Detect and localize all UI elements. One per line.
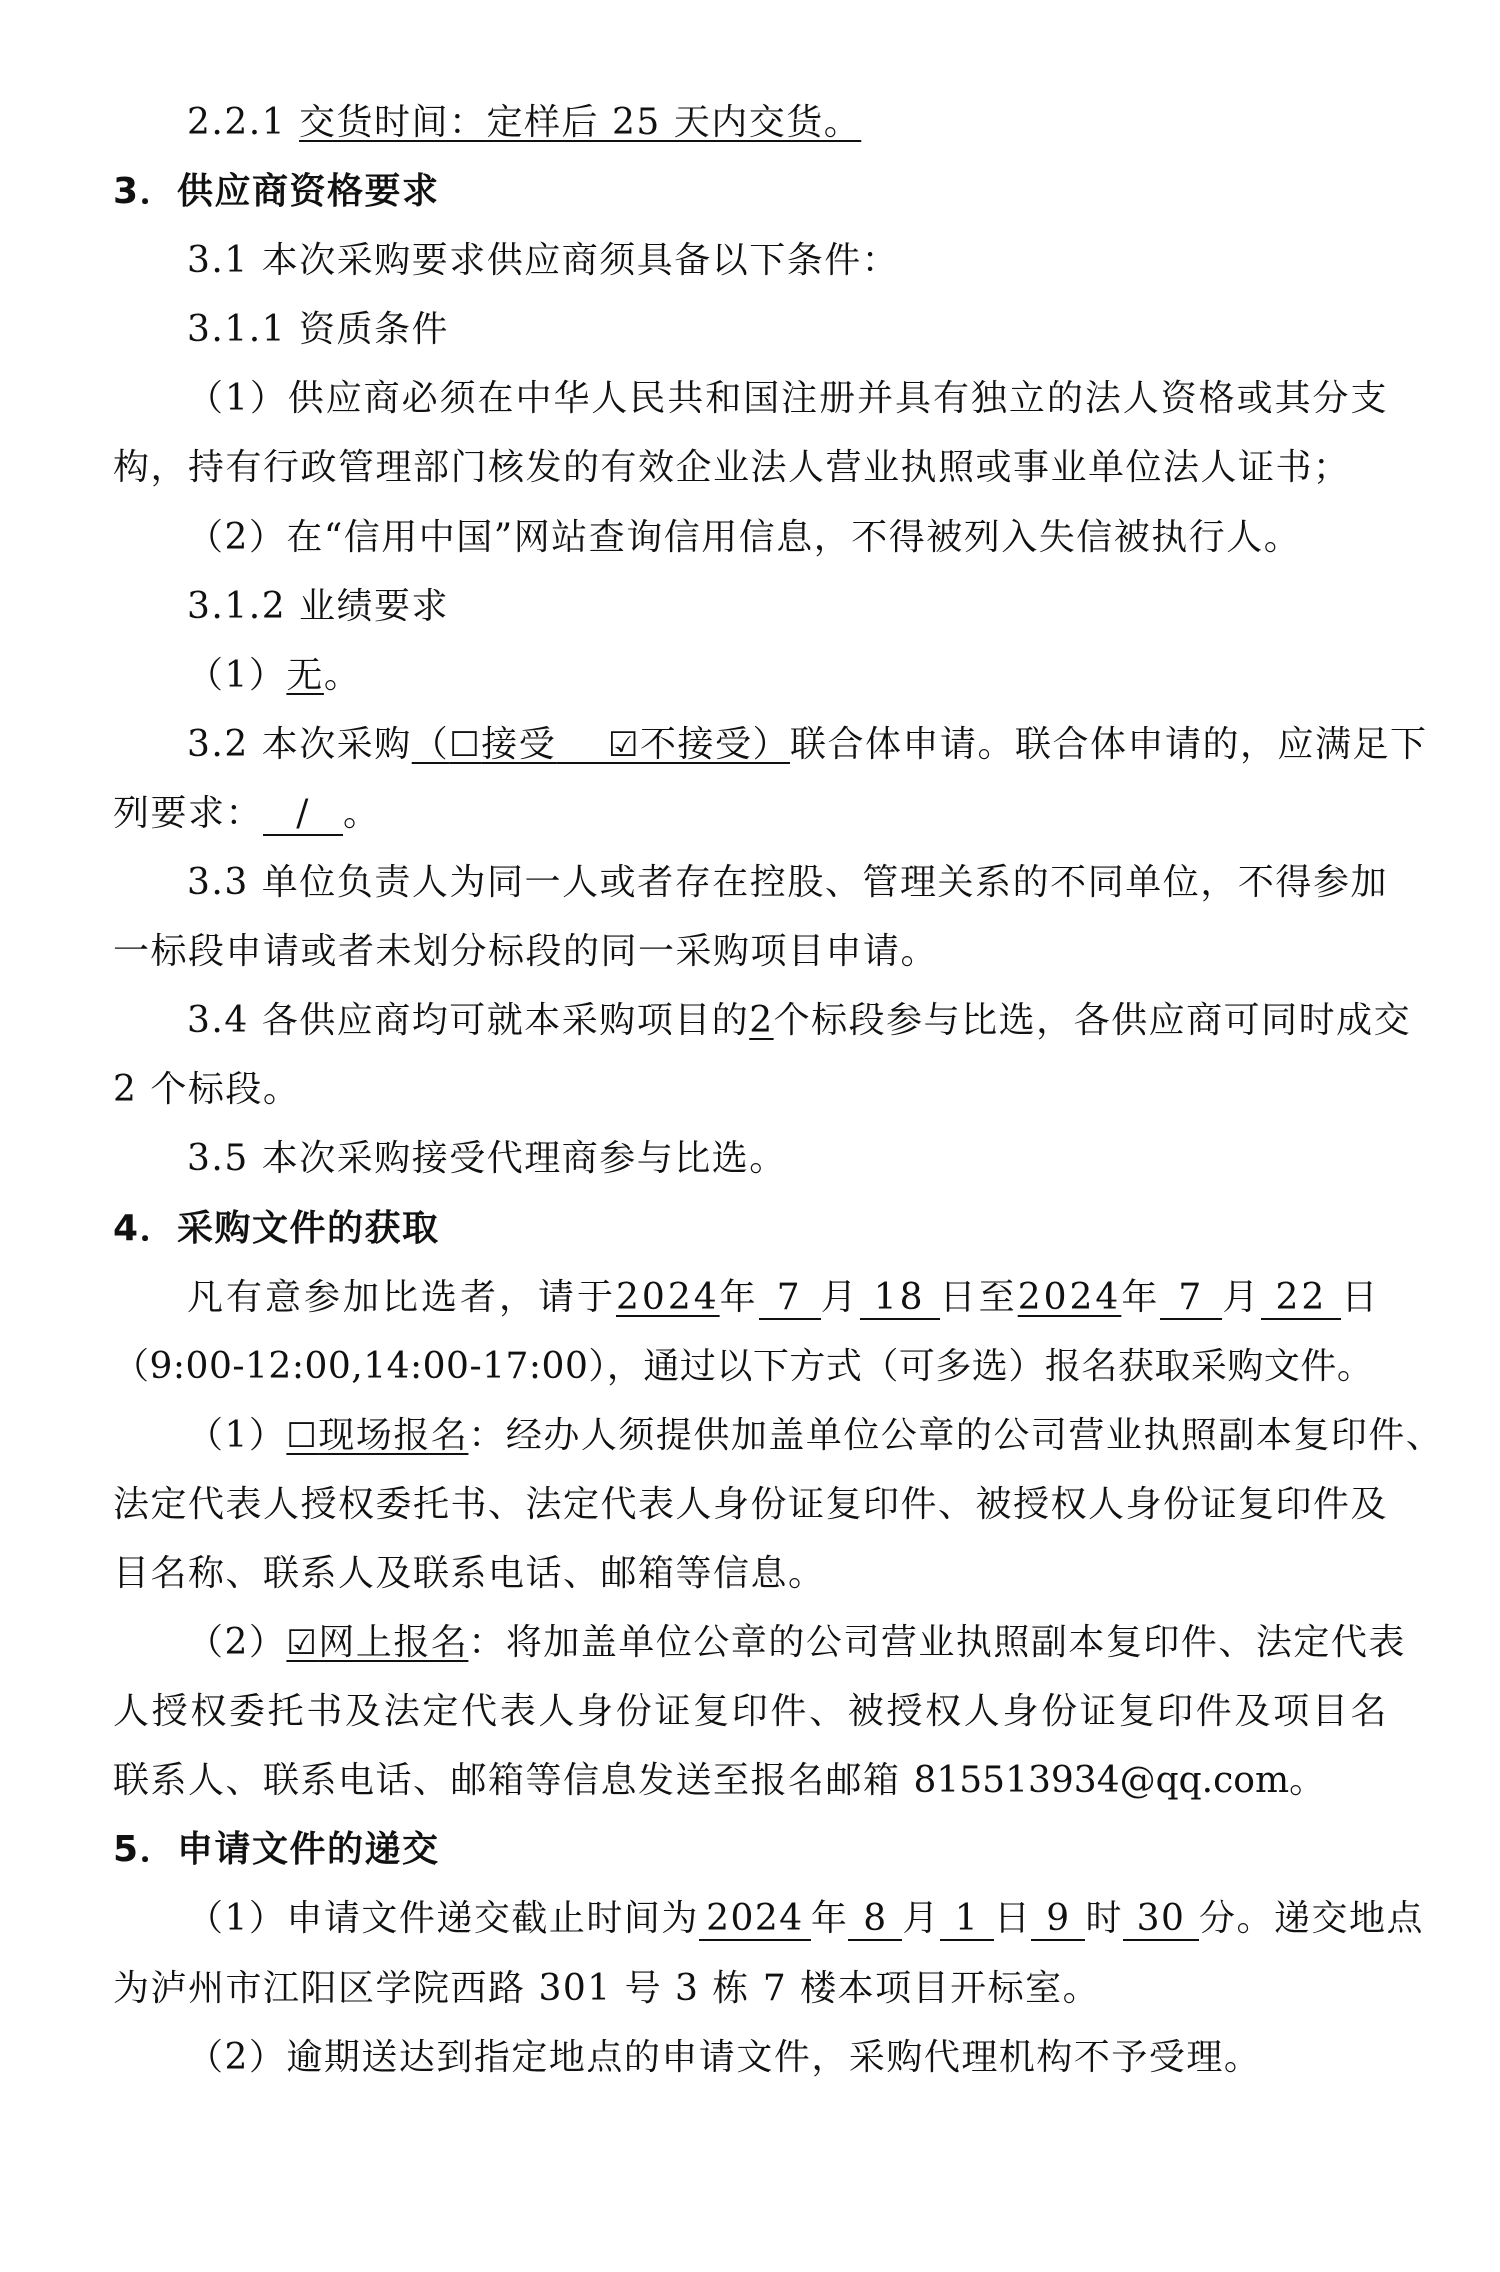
end-day: 22	[1261, 1278, 1341, 1320]
deadline-year: 2024	[699, 1899, 811, 1941]
period: 。	[1289, 1760, 1327, 1801]
clause-3-5: 3.5 本次采购接受代理商参与比选。	[113, 1124, 1388, 1193]
consortium-requirements-value: /	[263, 794, 343, 836]
option-accept-label: 接受	[481, 724, 556, 765]
year-unit: 年	[811, 1898, 849, 1939]
clause-3-1-1-item1-line1: （1）供应商必须在中华人民共和国注册并具有独立的法人资格或其分支机	[113, 364, 1388, 433]
delivery-time-text: 交货时间：定样后 25 天内交货。	[299, 102, 861, 143]
registration-period-line1: 凡有意参加比选者，请于2024年7月18日至2024年7月22日	[113, 1263, 1388, 1332]
online-registration-text: 联系人、联系电话、邮箱等信息发送至报名邮箱	[113, 1760, 913, 1801]
requirements-label: 列要求：	[113, 793, 263, 834]
item-prefix: （1）	[187, 655, 286, 696]
hour-unit: 时	[1085, 1898, 1123, 1939]
clause-3-2-line2: 列要求：/。	[113, 779, 1388, 848]
registration-email[interactable]: 815513934@qq.com	[913, 1760, 1289, 1801]
deadline-day: 1	[940, 1899, 994, 1941]
online-registration-option: ☑网上报名	[286, 1622, 468, 1663]
document-page: 2.2.1 交货时间：定样后 25 天内交货。 3．供应商资格要求 3.1 本次…	[113, 88, 1388, 2092]
onsite-registration-text: ：经办人须提供加盖单位公章的公司营业执照副本复印件、	[468, 1415, 1443, 1456]
clause-3-1-1: 3.1.1 资质条件	[113, 295, 1388, 364]
lot-count: 2	[749, 1000, 773, 1041]
checkbox-checked-icon[interactable]: ☑	[608, 725, 640, 765]
clause-3-2-line1: 3.2 本次采购（☐接受 ☑不接受）联合体申请。联合体申请的，应满足下	[113, 710, 1388, 779]
checkbox-unchecked-icon[interactable]: ☐	[449, 725, 481, 765]
performance-requirement-value: 无	[286, 655, 324, 696]
date-to: 日至	[940, 1277, 1018, 1318]
registration-intro: 凡有意参加比选者，请于	[187, 1277, 616, 1318]
late-submission-notice: （2）逾期送达到指定地点的申请文件，采购代理机构不予受理。	[113, 2023, 1388, 2092]
day-unit: 日	[994, 1898, 1032, 1939]
minute-unit: 分。递交地点	[1199, 1898, 1424, 1939]
clause-3-1: 3.1 本次采购要求供应商须具备以下条件：	[113, 226, 1388, 295]
clause-3-3-line1: 3.3 单位负责人为同一人或者存在控股、管理关系的不同单位，不得参加同	[113, 848, 1388, 917]
deadline-month: 8	[848, 1899, 902, 1941]
submission-location: 为泸州市江阳区学院西路 301 号 3 栋 7 楼本项目开标室。	[113, 1954, 1388, 2023]
option-reject-label: 不接受）	[640, 724, 790, 765]
clause-3-1-1-item2: （2）在“信用中国”网站查询信用信息，不得被列入失信被执行人。	[113, 503, 1388, 572]
clause-3-4-line2: 2 个标段。	[113, 1055, 1388, 1124]
consortium-options: （☐接受 ☑不接受）	[412, 724, 790, 765]
clause-3-2-prefix: 3.2 本次采购	[187, 724, 412, 765]
online-registration-line3: 联系人、联系电话、邮箱等信息发送至报名邮箱 815513934@qq.com。	[113, 1746, 1388, 1815]
section-3-heading: 3．供应商资格要求	[113, 157, 1388, 226]
deadline-minute: 30	[1123, 1899, 1199, 1941]
start-day: 18	[860, 1278, 940, 1320]
checkbox-checked-icon[interactable]: ☑	[286, 1623, 318, 1663]
clause-3-1-1-item1-line2: 构，持有行政管理部门核发的有效企业法人营业执照或事业单位法人证书；	[113, 433, 1388, 502]
start-year: 2024	[616, 1277, 720, 1318]
online-registration-label: 网上报名	[318, 1622, 468, 1663]
clause-3-4-suffix: 个标段参与比选，各供应商可同时成交	[774, 1000, 1412, 1041]
clause-3-4-prefix: 3.4 各供应商均可就本采购项目的	[187, 1000, 749, 1041]
month-unit: 月	[821, 1277, 860, 1318]
item-prefix: （2）	[187, 1622, 286, 1663]
deadline-hour: 9	[1031, 1899, 1085, 1941]
delivery-time-line: 2.2.1 交货时间：定样后 25 天内交货。	[113, 88, 1388, 157]
period: 。	[343, 793, 381, 834]
submission-deadline-intro: （1）申请文件递交截止时间为	[187, 1898, 699, 1939]
online-registration-line2: 人授权委托书及法定代表人身份证复印件、被授权人身份证复印件及项目名称、	[113, 1677, 1388, 1746]
checkbox-unchecked-icon[interactable]: ☐	[286, 1416, 318, 1456]
clause-3-1-2-item1: （1）无。	[113, 641, 1388, 710]
day-unit: 日	[1341, 1277, 1380, 1318]
submission-deadline-line1: （1）申请文件递交截止时间为2024年8月1日9时30分。递交地点	[113, 1884, 1388, 1953]
section-5-heading: 5．申请文件的递交	[113, 1815, 1388, 1884]
registration-period-line2: （9:00-12:00,14:00-17:00），通过以下方式（可多选）报名获取…	[113, 1332, 1388, 1401]
item-suffix: 。	[324, 655, 362, 696]
start-month: 7	[759, 1278, 821, 1320]
online-registration-line1: （2）☑网上报名：将加盖单位公章的公司营业执照副本复印件、法定代表	[113, 1608, 1388, 1677]
month-unit: 月	[1222, 1277, 1261, 1318]
month-unit: 月	[902, 1898, 940, 1939]
onsite-registration-line2: 法定代表人授权委托书、法定代表人身份证复印件、被授权人身份证复印件及项	[113, 1470, 1388, 1539]
end-month: 7	[1160, 1278, 1222, 1320]
open-paren: （	[412, 724, 450, 765]
clause-3-2-suffix: 联合体申请。联合体申请的，应满足下	[790, 724, 1428, 765]
year-unit: 年	[720, 1277, 759, 1318]
onsite-registration-option: ☐现场报名	[286, 1415, 468, 1456]
clause-3-4-line1: 3.4 各供应商均可就本采购项目的2个标段参与比选，各供应商可同时成交	[113, 986, 1388, 1055]
online-registration-text: ：将加盖单位公章的公司营业执照副本复印件、法定代表	[468, 1622, 1406, 1663]
end-year: 2024	[1018, 1277, 1122, 1318]
onsite-registration-line1: （1）☐现场报名：经办人须提供加盖单位公章的公司营业执照副本复印件、	[113, 1401, 1388, 1470]
clause-number: 2.2.1	[187, 102, 299, 143]
clause-3-3-line2: 一标段申请或者未划分标段的同一采购项目申请。	[113, 917, 1388, 986]
clause-3-1-2: 3.1.2 业绩要求	[113, 572, 1388, 641]
onsite-registration-line3: 目名称、联系人及联系电话、邮箱等信息。	[113, 1539, 1388, 1608]
onsite-registration-label: 现场报名	[318, 1415, 468, 1456]
section-4-heading: 4．采购文件的获取	[113, 1194, 1388, 1263]
year-unit: 年	[1121, 1277, 1160, 1318]
item-prefix: （1）	[187, 1415, 286, 1456]
